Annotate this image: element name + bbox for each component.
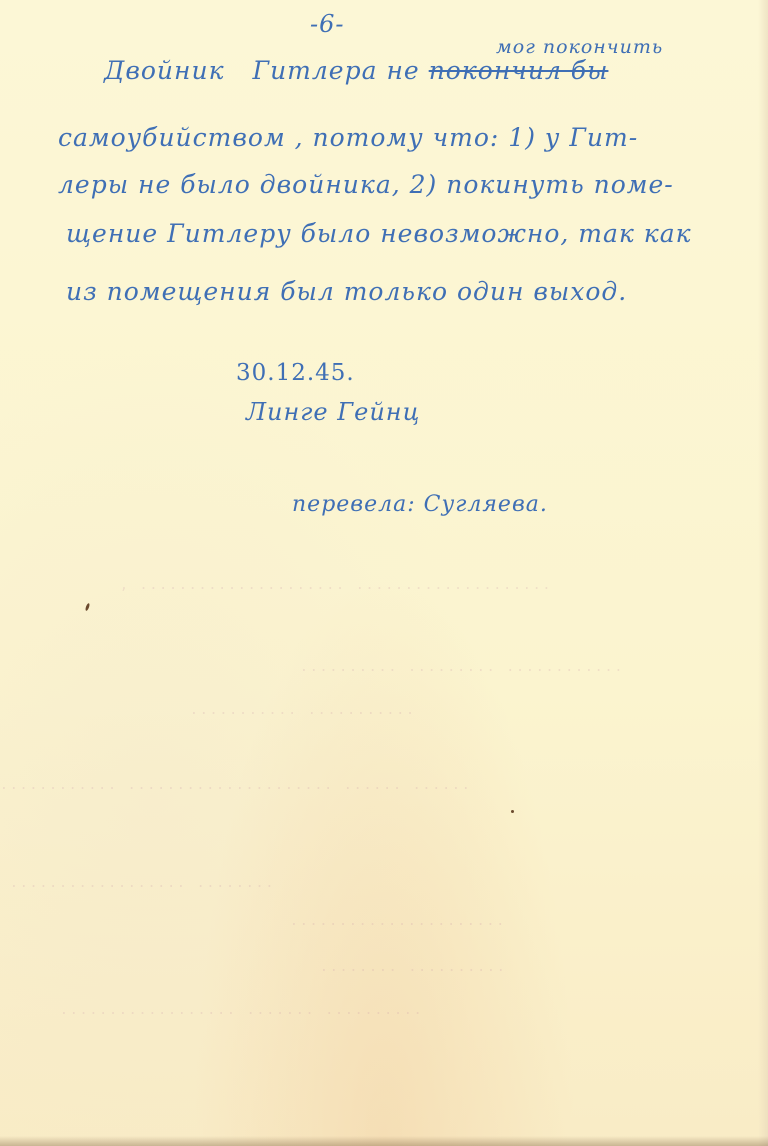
body-line-4: щение Гитлеру было невозможно, так как (66, 219, 692, 248)
body-line-2: самоубийством , потому что: 1) у Гит- (58, 123, 638, 152)
body-line-1-word: Двойник (104, 56, 225, 85)
show-through-text: .......... ......... ............ (300, 660, 624, 675)
translator-note: перевела: Сугляева. (292, 492, 548, 517)
show-through-text: ........... ........... (190, 703, 416, 718)
body-line-1: ДвойникГитлера не покончил бы (104, 56, 608, 85)
struck-text: покончил бы (429, 56, 609, 85)
show-through-text: ........ .......... (320, 960, 507, 975)
show-through-text: ...................... (290, 914, 506, 929)
body-line-3: леры не было двойника, 2) покинуть поме- (58, 170, 674, 199)
page-number: -6- (310, 10, 345, 38)
document-date: 30.12.45. (236, 360, 355, 386)
show-through-text: .................. ....... .......... (60, 1003, 424, 1018)
show-through-text: , ..................... ................… (120, 578, 552, 593)
ink-speck (511, 810, 514, 813)
correction-insert: мог покончить (496, 36, 663, 58)
body-line-5: из помещения был только один выход. (66, 277, 627, 306)
paper-bottom-edge (0, 1136, 768, 1146)
show-through-text: ............ ..................... .....… (0, 778, 472, 793)
body-line-1-middle: Гитлера не (253, 56, 420, 85)
paper-right-edge (758, 0, 768, 1146)
signature: Линге Гейнц (246, 398, 420, 426)
show-through-text: .................. ........ (10, 876, 275, 891)
